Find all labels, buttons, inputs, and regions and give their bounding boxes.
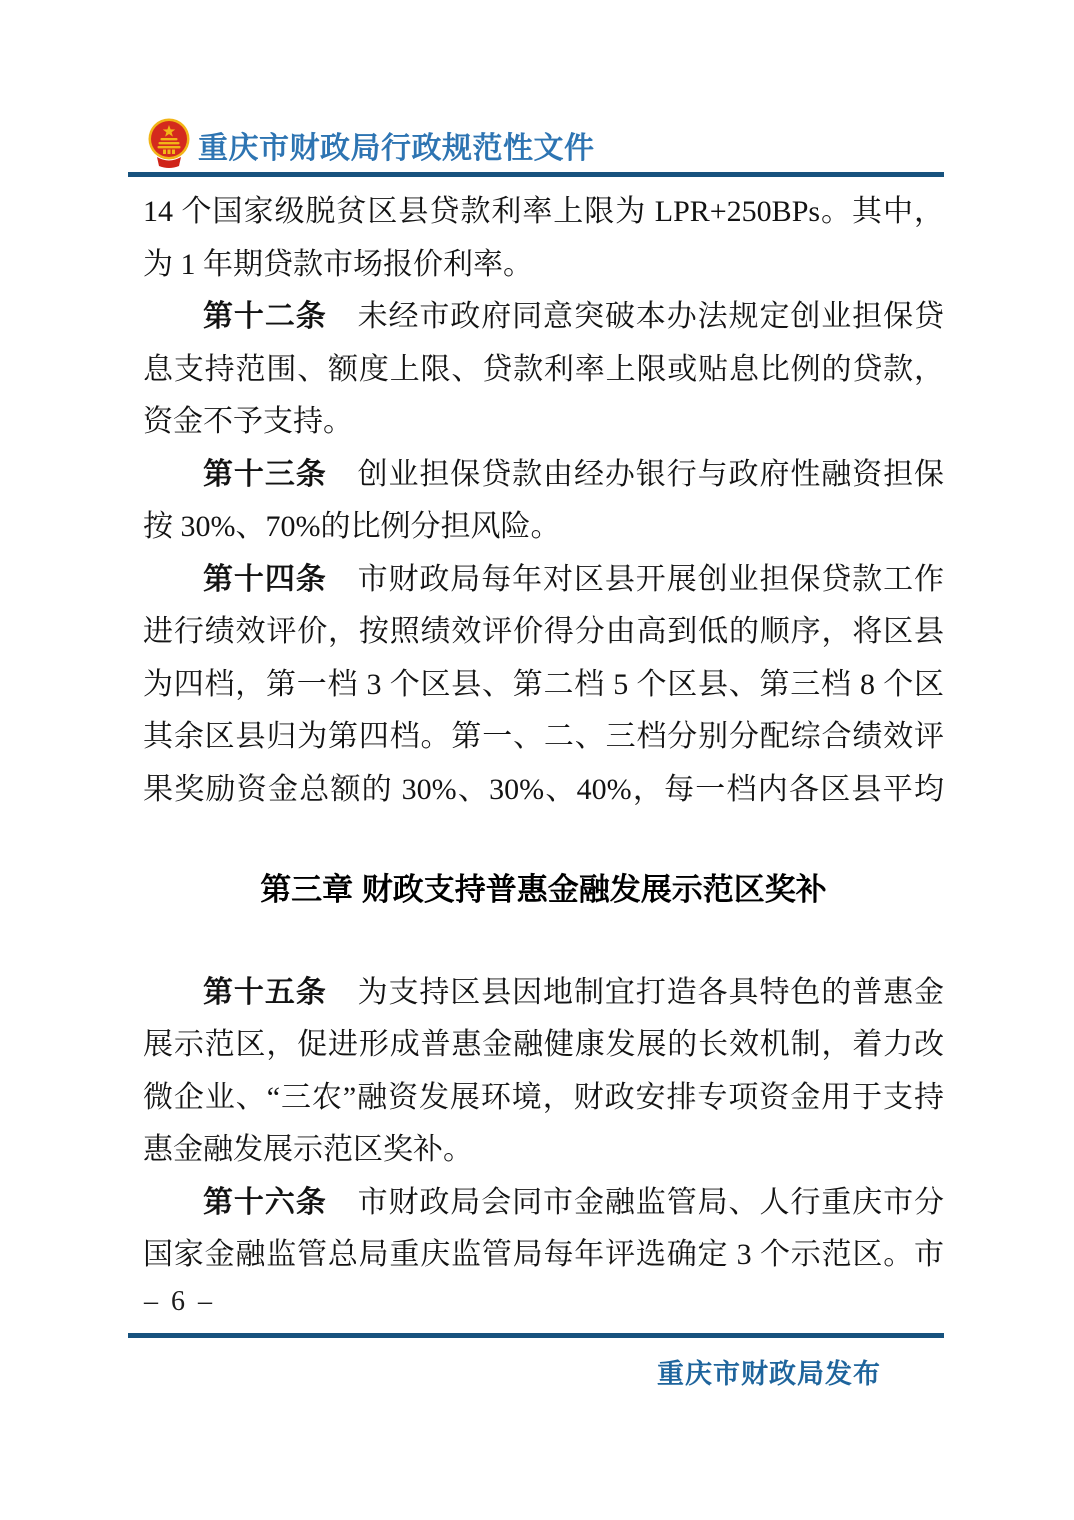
article-number: 第十六条: [203, 1186, 327, 1219]
body-line: 国家金融监管总局重庆监管局每年评选确定 3 个示范区。市级财: [143, 1229, 944, 1282]
body-line: 14 个国家级脱贫区县贷款利率上限为 LPR+250BPs。其中，LPR: [143, 186, 944, 239]
line-text: 为 1 年期贷款市场报价利率。: [143, 248, 533, 281]
body-line: 为 1 年期贷款市场报价利率。: [143, 239, 944, 292]
document-body: 14 个国家级脱贫区县贷款利率上限为 LPR+250BPs。其中，LPR 为 1…: [143, 186, 944, 1282]
body-line: 进行绩效评价，按照绩效评价得分由高到低的顺序，将区县划分: [143, 606, 944, 659]
line-text: 惠金融发展示范区奖补。: [143, 1133, 473, 1166]
body-line: 第十五条 为支持区县因地制宜打造各具特色的普惠金融发: [143, 967, 944, 1020]
body-line: 展示范区，促进形成普惠金融健康发展的长效机制，着力改善小: [143, 1019, 944, 1072]
footer-divider: [128, 1333, 944, 1338]
body-line: 按 30%、70%的比例分担风险。: [143, 501, 944, 554]
line-text: 息支持范围、额度上限、贷款利率上限或贴息比例的贷款，专项: [143, 353, 944, 397]
line-text: 进行绩效评价，按照绩效评价得分由高到低的顺序，将区县划分: [143, 615, 944, 659]
article-number: 第十四条: [203, 563, 327, 596]
document-header-title: 重庆市财政局行政规范性文件: [198, 123, 595, 167]
header-divider: [128, 172, 944, 177]
body-line: 息支持范围、额度上限、贷款利率上限或贴息比例的贷款，专项: [143, 344, 944, 397]
national-emblem-icon: [146, 118, 192, 170]
body-line: 为四档，第一档 3 个区县、第二档 5 个区县、第三档 8 个区县、: [143, 659, 944, 712]
body-line: 第十二条 未经市政府同意突破本办法规定创业担保贷款贴: [143, 291, 944, 344]
line-text: 微企业、“三农”融资发展环境，财政安排专项资金用于支持普: [143, 1081, 944, 1125]
line-text: 资金不予支持。: [143, 405, 353, 438]
chapter-heading: 第三章 财政支持普惠金融发展示范区奖补: [143, 864, 944, 917]
body-line: 惠金融发展示范区奖补。: [143, 1124, 944, 1177]
document-page: 重庆市财政局行政规范性文件 14 个国家级脱贫区县贷款利率上限为 LPR+250…: [0, 0, 1074, 1520]
body-line: 第十三条 创业担保贷款由经办银行与政府性融资担保机构: [143, 449, 944, 502]
body-line: 资金不予支持。: [143, 396, 944, 449]
line-text: 其余区县归为第四档。第一、二、三档分别分配综合绩效评价结: [143, 720, 944, 764]
line-text: 按 30%、70%的比例分担风险。: [143, 510, 560, 543]
line-text: 果奖励资金总额的 30%、30%、40%，每一档内各区县平均分配。: [143, 773, 944, 817]
line-text: 14 个国家级脱贫区县贷款利率上限为 LPR+250BPs。其中，LPR: [143, 195, 944, 239]
body-line: 第十六条 市财政局会同市金融监管局、人行重庆市分行、: [143, 1177, 944, 1230]
article-number: 第十二条: [203, 300, 327, 333]
publisher-label: 重庆市财政局发布: [657, 1352, 881, 1391]
article-number: 第十三条: [203, 458, 327, 491]
line-text: 为四档，第一档 3 个区县、第二档 5 个区县、第三档 8 个区县、: [143, 668, 944, 712]
body-line: 微企业、“三农”融资发展环境，财政安排专项资金用于支持普: [143, 1072, 944, 1125]
line-text: 展示范区，促进形成普惠金融健康发展的长效机制，着力改善小: [143, 1028, 944, 1072]
body-line: 其余区县归为第四档。第一、二、三档分别分配综合绩效评价结: [143, 711, 944, 764]
body-line: 果奖励资金总额的 30%、30%、40%，每一档内各区县平均分配。: [143, 764, 944, 817]
line-text: 国家金融监管总局重庆监管局每年评选确定 3 个示范区。市级财: [143, 1238, 944, 1282]
body-line: 第十四条 市财政局每年对区县开展创业担保贷款工作情况: [143, 554, 944, 607]
page-number: – 6 –: [144, 1286, 215, 1318]
article-number: 第十五条: [203, 976, 327, 1009]
